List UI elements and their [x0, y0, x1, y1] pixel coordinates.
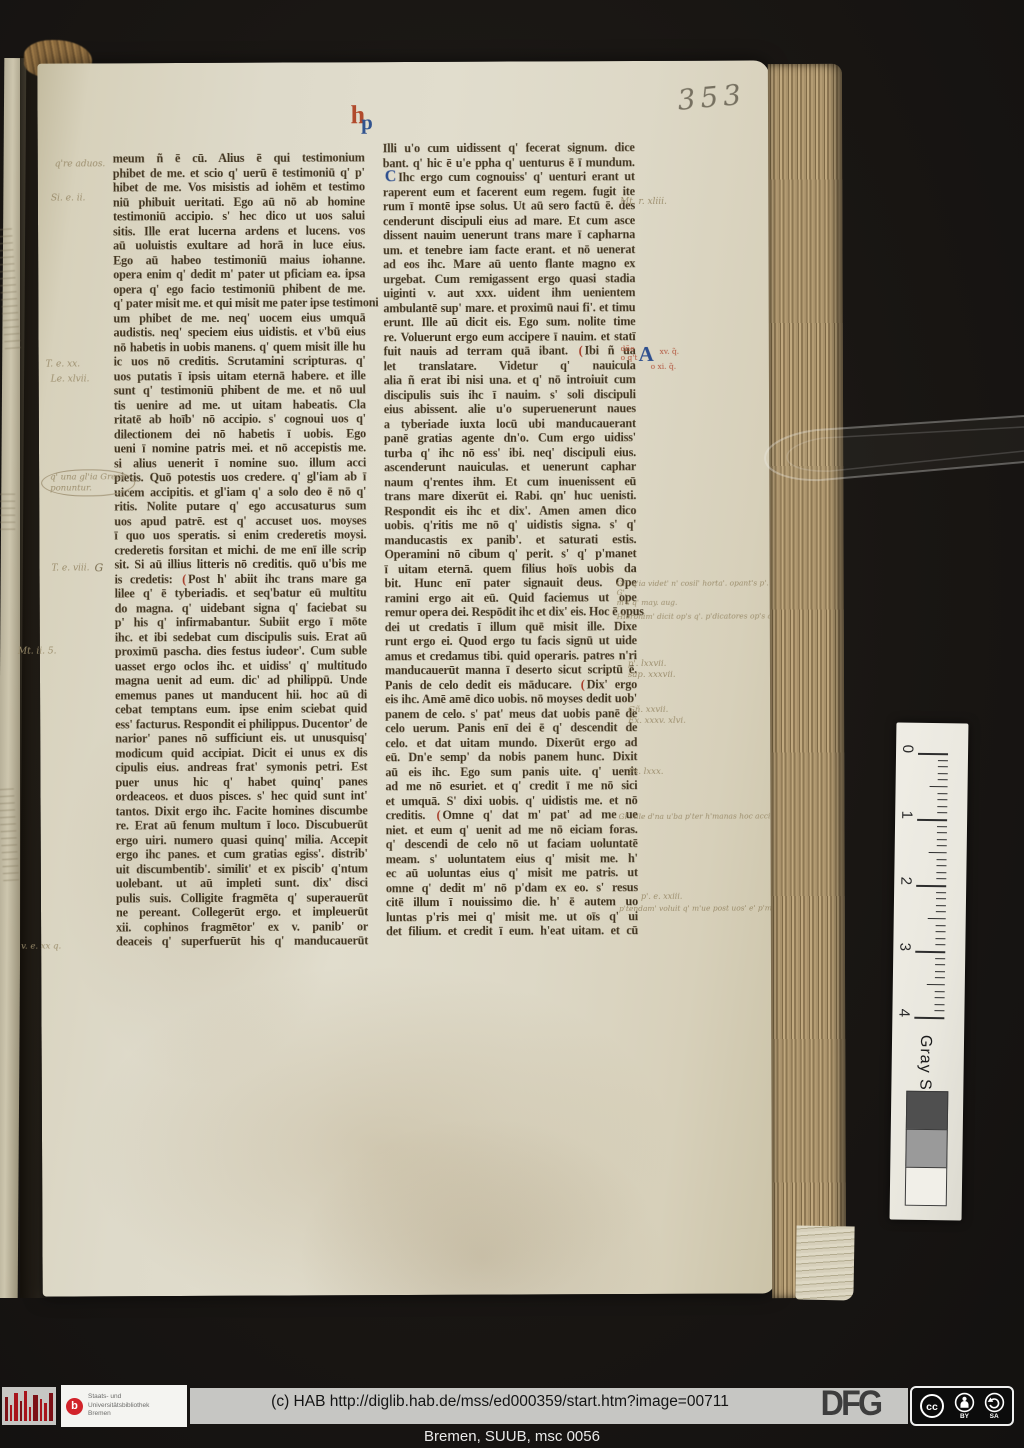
ruler-mm-tick	[935, 944, 945, 945]
manuscript-text-line: runt ergo ei. Quod ergo tu facis signū u…	[385, 633, 637, 649]
manuscript-text-line: bit. Hunc enī pater signauit deus. Ope	[385, 575, 637, 591]
manuscript-text-line: sit. Si aū illius litteris nō creditis. …	[114, 556, 366, 572]
manuscript-text-line: lilee q' ē tyberiadis. et seq'batur eū m…	[115, 585, 367, 601]
creative-commons-license-plate: cc BY SA	[910, 1386, 1014, 1426]
marginal-note: T. e. xx.	[46, 359, 81, 370]
ruler-mm-tick	[938, 773, 948, 774]
ruler-mm-tick	[937, 826, 947, 827]
cc-by-label: BY	[960, 1414, 969, 1421]
barcode-bar	[24, 1391, 27, 1421]
bremen-logo-line: Universitätsbibliothek	[88, 1402, 149, 1411]
manuscript-text-line: aū uoluistis exultare ad horā in luce ei…	[113, 237, 365, 253]
ruler-mm-tick	[937, 799, 947, 800]
manuscript-text-line: Operamini nō cibum q' perit. s' q' p'man…	[384, 546, 636, 562]
manuscript-text-line: celo uerum. Panis enī dei ē q' descendit…	[385, 720, 637, 736]
ruler-mm-tick	[937, 812, 947, 813]
marginal-note: Mt. ii. 5.	[18, 647, 57, 658]
manuscript-text-line: p' his q' infirmabantur. Subiit ergo ī m…	[115, 614, 367, 630]
marginal-note: xv. q̃.	[660, 347, 680, 356]
manuscript-text-line: ic uos nō creditis. Scrutamini scriptura…	[114, 353, 366, 369]
blue-initial: C	[383, 168, 398, 186]
marginal-note: Mt. r. xliii.	[620, 197, 667, 208]
ruler-mm-tick	[938, 779, 948, 780]
barcode-bar	[33, 1395, 38, 1421]
manuscript-text-line: ritatē ab hoīb' nō accipio. s' cognoui u…	[114, 411, 366, 427]
ruler-mm-tick	[935, 971, 945, 972]
manuscript-text-line: ne pereant. Collegerūt ergo. et impleuer…	[116, 904, 368, 920]
manuscript-text-line: sunt q' testimoniū phibent de me. et nō …	[114, 382, 366, 398]
cc-sa-label: SA	[990, 1414, 999, 1421]
ruler-mm-tick	[936, 905, 946, 906]
manuscript-text-line: narior' panes nō sufficiunt eis. ut unus…	[115, 730, 367, 746]
ruler-number: 4	[896, 1009, 912, 1025]
marginal-note: Le. xlvii.	[51, 374, 90, 385]
red-paragraph-mark: (	[180, 571, 188, 586]
ruler-mm-tick	[936, 931, 946, 932]
marginal-note: T. e. viii.	[51, 563, 89, 574]
ruler-mm-tick	[935, 997, 945, 998]
ruler-mm-tick	[936, 865, 946, 866]
manuscript-text-line: rum ī montē ipse solus. Ut aū sero factū…	[383, 198, 635, 214]
bremen-logo-line: Staats- und	[88, 1393, 149, 1402]
manuscript-text-line: remur opera dei. Respōdit ihc et dix' ei…	[385, 604, 637, 620]
manuscript-text-line: ordeaceos. et duos pisces. s' hec quid s…	[115, 788, 367, 804]
manuscript-text-line: eis ihc. Amē amē dico uobis. nō moyses d…	[385, 691, 637, 707]
running-header-mark: hp	[350, 100, 372, 135]
manuscript-text-line: citē illum ī nouissimo die. h' ē autem u…	[386, 894, 638, 910]
manuscript-text-line: pietis. Quō potestis uos credere. q' gl'…	[114, 469, 366, 485]
manuscript-text-line: ueni ī nomine patris mei. et nō accepist…	[114, 440, 366, 456]
barcode-bar	[10, 1405, 12, 1421]
ruler-mm-tick	[937, 806, 947, 807]
ruler-mm-tick	[935, 964, 945, 965]
barcode-bar	[44, 1403, 47, 1421]
manuscript-text-line: q' pater misit me. et qui misit me pater…	[113, 295, 365, 311]
ruler-mm-tick	[935, 1004, 945, 1005]
marginalia-layer: q're aduos.Si. e. ii.T. e. xx.Le. xlvii.…	[37, 60, 769, 63]
manuscript-text-line: hibet de me. Vos misistis ad iohēm et te…	[113, 179, 365, 195]
manuscript-text-line: eū. Dn'e semp' da nobis panem hunc. Dixi…	[385, 749, 637, 765]
manuscript-text-line: erunt. Ille aū dicit eis. Ego sum. nolit…	[383, 314, 635, 330]
marginal-note: v. e. xx q.	[21, 942, 61, 953]
manuscript-text-line: ergo ihc panes. et cum gratias egiss'. d…	[116, 846, 368, 862]
suub-bremen-logo: b Staats- und Universitätsbibliothek Bre…	[61, 1385, 187, 1427]
text-column-left: meum ñ ē cū. Alius ē qui testimoniumphib…	[113, 150, 368, 949]
manuscript-page: 353 hp meum ñ ē cū. Alius ē qui testimon…	[37, 60, 774, 1296]
manuscript-text-line: CIhc ergo cum cognouiss' q' uenturi eran…	[383, 169, 635, 185]
manuscript-text-line: magna uenit ad eum. dic' ad philippū. Un…	[115, 672, 367, 688]
copyright-url-text: (c) HAB http://diglib.hab.de/mss/ed00035…	[200, 1393, 800, 1411]
dfg-logo: DFG	[821, 1384, 881, 1424]
barcode-bar	[5, 1397, 8, 1421]
ruler-mm-tick	[935, 991, 945, 992]
ruler-number: 1	[899, 811, 915, 827]
manuscript-text-line: cipulis eius. andreas frat' symonis petr…	[115, 759, 367, 775]
book-fore-edge	[768, 64, 846, 1298]
manuscript-text-line: ad me nō esuriet. et q' credit ī me nō s…	[385, 778, 637, 794]
ruler-mm-tick	[927, 984, 945, 985]
manuscript-text-line: re. Erat aū fenum multum ī loco. Discubu…	[116, 817, 368, 833]
ruler-mm-tick	[935, 938, 945, 939]
ruler-mm-tick	[936, 892, 946, 893]
ruler-cm-tick	[914, 1017, 944, 1019]
digitized-manuscript-photo: 353 hp meum ñ ē cū. Alius ē qui testimon…	[0, 0, 1024, 1448]
ruler-mm-tick	[936, 872, 946, 873]
bremen-logo-line: Bremen	[88, 1410, 149, 1419]
shelfmark-caption: Bremen, SUUB, msc 0056	[0, 1428, 1024, 1445]
ruler-mm-tick	[935, 958, 945, 959]
manuscript-text-line: trans mare dixerūt ei. Rabi. qn' huc uen…	[384, 488, 636, 504]
ruler-cm-tick	[918, 753, 948, 755]
ruler-mm-tick	[936, 911, 946, 912]
manuscript-text-line: ad eos ihc. Mare aū uento flante magno e…	[383, 256, 635, 272]
manuscript-text-line: alia ñ erat ibi nisi una. et q' nō intro…	[384, 372, 636, 388]
grayscale-reference-card: 01234 Gray Scale	[890, 723, 969, 1221]
manuscript-text-line: Illi u'o cum uidissent q' fecerat signum…	[383, 140, 635, 156]
manuscript-text-line: uolebant. ut aū impleti sunt. dix' disci	[116, 875, 368, 891]
ruler-mm-tick	[937, 793, 947, 794]
manuscript-text-line: testimoniū accipio. s' hec dico ut uos s…	[113, 208, 365, 224]
marginal-note: o xi. q̃.	[651, 362, 677, 371]
manuscript-text-line: uobis. q'ritis me nō q' uidistis signa. …	[384, 517, 636, 533]
manuscript-text-line: audistis. neq' speciem eius uidistis. et…	[113, 324, 365, 340]
ruler-mm-tick	[938, 760, 948, 761]
marginal-note: Si. e. ii.	[51, 193, 85, 204]
manuscript-text-line: deaceis q' superfuerūt his q' manducauer…	[116, 933, 368, 949]
barcode-bar	[29, 1407, 31, 1421]
ruler-number: 3	[897, 943, 913, 959]
barcode-bar	[40, 1399, 42, 1421]
ruler-mm-tick	[936, 878, 946, 879]
manuscript-text-line: manducauerūt manna ī deserto sicut scrip…	[385, 662, 637, 678]
manuscript-text-line: uiginti v. aut xxx. uident ihm uenientem	[383, 285, 635, 301]
barcode-bar	[49, 1393, 53, 1421]
ruler-mm-tick	[929, 852, 947, 853]
ruler-mm-tick	[937, 859, 947, 860]
manuscript-text-line: eius abissent. alie u'o superuenerunt na…	[384, 401, 636, 417]
ruler-mm-tick	[934, 1010, 944, 1011]
ruler-mm-tick	[936, 898, 946, 899]
red-paragraph-mark: (	[577, 343, 585, 358]
text-column-right: Illi u'o cum uidissent q' fecerat signum…	[383, 140, 638, 939]
manuscript-text-line: opera enim q' dedit m' pater ut pficiam …	[113, 266, 365, 282]
ruler-cm-tick	[916, 885, 946, 887]
marginal-note: q're aduos.	[55, 159, 106, 170]
ruler-mm-tick	[938, 766, 948, 767]
manuscript-text-line: proximū pascha. dies festus iudeor'. Cum…	[115, 643, 367, 659]
ruler-scale: 01234	[898, 753, 954, 1034]
manuscript-text-line: q' descendi de celo nō ut faciam uolunta…	[386, 836, 638, 852]
manuscript-text-line: ritis. Nolite putare q' ego accusaturus …	[114, 498, 366, 514]
ruler-number: 0	[900, 745, 916, 761]
red-paragraph-mark: (	[435, 808, 443, 823]
manuscript-text-line: ī quo uos speratis. si enim crederetis m…	[114, 527, 366, 543]
folio-number: 353	[676, 78, 747, 117]
running-header-blue-letter: p	[361, 110, 373, 134]
marginal-note: Gñ. xxvii. Ex. xxxv. xlvi.	[628, 705, 686, 727]
ruler-mm-tick	[928, 918, 946, 919]
ruler-mm-tick	[935, 977, 945, 978]
red-paragraph-mark: (	[579, 676, 587, 691]
cc-sa-icon: SA	[984, 1392, 1005, 1421]
grayscale-swatch-dark	[906, 1091, 949, 1131]
ruler-cm-tick	[917, 819, 947, 821]
illegible-marginalia	[0, 494, 15, 534]
marginal-note: p'. e. xxiii.	[641, 892, 683, 902]
ruler-mm-tick	[937, 839, 947, 840]
manuscript-text-line: meum ñ ē cū. Alius ē qui testimonium	[113, 150, 365, 166]
bremen-logo-letter: b	[66, 1398, 83, 1415]
manuscript-text-line: fuit nauis ad terram quā ibant. (Ibi ñ u…	[384, 343, 636, 359]
grayscale-swatch-light	[905, 1167, 948, 1207]
ruler-mm-tick	[936, 925, 946, 926]
manuscript-text-line: creditis. (Omne q' dat m' pat' ad me ue	[386, 807, 638, 823]
ruler-mm-tick	[937, 845, 947, 846]
marginal-note: dñe o q't	[621, 344, 638, 363]
ruler-cm-tick	[915, 951, 945, 953]
cc-by-icon: BY	[954, 1392, 975, 1421]
page-corner-stack	[795, 1225, 854, 1300]
ruler-mm-tick	[937, 832, 947, 833]
ruler-number: 2	[898, 877, 914, 893]
marginal-note: q' una gl'ia Grece ponuntur.	[41, 469, 135, 497]
cc-icon: cc	[919, 1393, 945, 1419]
marginal-note: p'. lxxvii. sap. xxxvii.	[628, 659, 676, 680]
bremen-logo-text: Staats- und Universitätsbibliothek Breme…	[88, 1393, 149, 1419]
manuscript-text-line: panē gratias agente dn'o. Cum ergo uidis…	[384, 430, 636, 446]
grayscale-swatch-mid	[905, 1129, 948, 1169]
manuscript-text-line: ec aū uoluntas eius q' misit me patris. …	[386, 865, 638, 881]
svg-text:cc: cc	[926, 1401, 938, 1413]
barcode-bar	[14, 1393, 18, 1421]
manuscript-text-line: cebat temptans eum. ipse enim sciebat qu…	[115, 701, 367, 717]
barcode-bar	[20, 1401, 22, 1421]
marginal-note: G	[94, 561, 103, 575]
manuscript-text-line: ascenderunt nauiculas. et uenerunt capha…	[384, 459, 636, 475]
manuscript-text-line: det filium. et credit ī eum. h'eat uitam…	[386, 923, 638, 939]
manuscript-text-line: dissent nauim uenerunt trans mare ī caph…	[383, 227, 635, 243]
hab-barcode-logo	[2, 1387, 56, 1425]
ruler-mm-tick	[930, 786, 948, 787]
marginal-note: Ps. lxxx.	[628, 767, 663, 778]
